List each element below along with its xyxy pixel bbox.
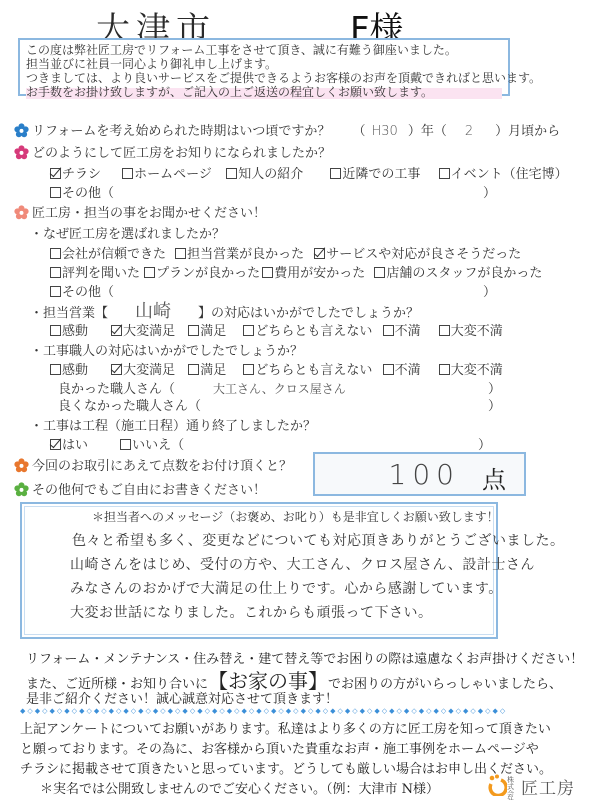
question-why-chosen: ・なぜ匠工房を選ばれましたか？ — [30, 226, 225, 243]
flower-pink-icon — [14, 145, 29, 160]
why-options-row2: 評判を聞いた プランが良かった 費用が安かった 店舗のスタッフが良かった — [50, 265, 542, 282]
message-line: 色々と希望も多く、変更などについても対応頂きありがとうございました。 — [72, 530, 564, 550]
option-plan-good[interactable]: プランが良かった — [144, 265, 258, 282]
intro-box: この度は弊社匠工房でリフォーム工事をさせて頂き、誠に有難う御座いました。 担当並… — [18, 38, 510, 96]
diamond-divider: ◆◇◆◇◆◇◆◇◆◇◆◇◆◇◆◇◆◇◆◇◆◇◆◇◆◇◆◇◆◇◆◇◆◇◆◇◆◇◆◇… — [20, 708, 506, 714]
option-trust[interactable]: 会社が信頼できた — [50, 246, 171, 263]
checkbox[interactable] — [243, 325, 254, 336]
option-referral[interactable]: 知人の紹介 — [226, 166, 326, 183]
message-line: 大変お世話になりました。これからも頑張って下さい。 — [70, 602, 433, 622]
score-box[interactable]: 100 点 — [313, 452, 526, 496]
flower-blue-icon — [14, 123, 29, 138]
message-box[interactable]: ＊担当者へのメッセージ（お褒め、お叱り）も是非宜しくお願い致します！ 色々と希望… — [20, 502, 498, 639]
rating-very-satisfied[interactable]: 大変満足 — [111, 323, 184, 340]
intro-line: お手数をお掛け致しますが、ご記入の上ご返送の程宜しくお願い致します。 — [26, 85, 502, 99]
request-note: ＊実名では公開致しませんのでご安心ください。（例：大津市 N様） — [40, 778, 439, 797]
option-yes[interactable]: はい — [50, 437, 116, 454]
checkbox[interactable] — [383, 364, 394, 375]
how-know-options: チラシ ホームページ 知人の紹介 近隣での工事 イベント（住宅博） — [50, 166, 568, 183]
section-heading: 匠工房・担当の事をお聞かせください！ — [32, 206, 266, 221]
score-value: 100 — [389, 458, 460, 491]
question-text: 今回のお取引にあえて点数をお付け頂くと？ — [32, 459, 292, 474]
message-line: みなさんのおかげで大満足の仕上りです。心から感謝しています。 — [70, 578, 503, 598]
checkbox[interactable] — [262, 267, 273, 278]
footer-line: 是非ご紹介ください！誠心誠意対応させて頂きます！ — [26, 688, 338, 707]
checkbox-checked[interactable] — [50, 439, 61, 450]
option-service-good[interactable]: サービスや対応が良さそうだった — [314, 246, 521, 263]
rating-moved[interactable]: 感動 — [50, 323, 107, 340]
rating-very-satisfied[interactable]: 大変満足 — [111, 362, 184, 379]
rating-neutral[interactable]: どちらとも言えない — [243, 323, 378, 340]
checkbox[interactable] — [383, 325, 394, 336]
checkbox[interactable] — [50, 286, 61, 297]
checkbox-checked[interactable] — [111, 325, 122, 336]
checkbox[interactable] — [50, 364, 61, 375]
rating-very-dissatisfied[interactable]: 大変不満 — [439, 362, 503, 379]
question-free-comment: その他何でもご自由にお書きください！ — [14, 482, 266, 499]
why-options-row1: 会社が信頼できた 担当営業が良かった サービスや対応が良さそうだった — [50, 246, 521, 263]
checkbox[interactable] — [120, 439, 131, 450]
request-line: 上記アンケートについてお願いがあります。私達はより多くの方に匠工房を知って頂きた… — [20, 718, 551, 737]
why-other[interactable]: その他（ — [50, 284, 114, 301]
question-text: リフォームを考え始められた時期はいつ頃ですか？ — [32, 124, 330, 139]
question-sales-rep: ・担当営業【山崎】の対応はいかがでしたでしょうか？ — [30, 303, 419, 322]
option-sales-good[interactable]: 担当営業が良かった — [175, 246, 310, 263]
month-input[interactable]: 2 — [447, 124, 495, 139]
checkbox-checked[interactable] — [50, 168, 61, 179]
checkbox[interactable] — [374, 267, 385, 278]
flower-green-icon — [14, 482, 29, 497]
flower-salmon-icon — [14, 205, 29, 220]
rating-satisfied[interactable]: 満足 — [188, 362, 239, 379]
good-craftsmen-field: 良かった職人さん（大工さん、クロス屋さん — [58, 381, 346, 398]
request-line: チラシに掲載させて頂きたいと思っています。どうしても厳しい場合はお申し出ください… — [20, 758, 552, 777]
rating-very-dissatisfied[interactable]: 大変不満 — [439, 323, 503, 340]
section-company-staff: 匠工房・担当の事をお聞かせください！ — [14, 205, 266, 222]
question-schedule: ・工事は工程（施工日程）通り終了しましたか？ — [30, 418, 316, 435]
intro-line: 担当並びに社員一同心より御礼申し上げます。 — [26, 57, 502, 71]
checkbox[interactable] — [188, 364, 199, 375]
flower-orange-icon — [14, 458, 29, 473]
rating-neutral[interactable]: どちらとも言えない — [243, 362, 378, 379]
bad-craftsmen-field: 良くなかった職人さん（ — [58, 398, 201, 415]
good-craftsmen-input[interactable]: 大工さん、クロス屋さん — [213, 382, 346, 396]
checkbox[interactable] — [122, 168, 133, 179]
rating-dissatisfied[interactable]: 不満 — [383, 323, 435, 340]
question-text: その他何でもご自由にお書きください！ — [32, 483, 266, 498]
checkbox[interactable] — [226, 168, 237, 179]
checkbox[interactable] — [50, 267, 61, 278]
checkbox[interactable] — [50, 248, 61, 259]
score-unit: 点 — [482, 460, 506, 495]
rating-moved[interactable]: 感動 — [50, 362, 107, 379]
checkbox[interactable] — [50, 187, 61, 198]
question-how-know: どのようにして匠工房をお知りになられましたか？ — [14, 145, 331, 162]
rating-dissatisfied[interactable]: 不満 — [383, 362, 435, 379]
question-start-time: リフォームを考え始められた時期はいつ頃ですか？ （H30）年（2）月頃から — [14, 123, 560, 140]
checkbox-checked[interactable] — [314, 248, 325, 259]
checkbox[interactable] — [144, 267, 155, 278]
company-logo: 株式会社 匠工房 — [487, 772, 587, 798]
request-line: と願っております。その為に、お客様から頂いた貴重なお声・施工事例をホームページや — [20, 738, 539, 757]
intro-line: つきましては、より良いサービスをご提供できるようお客様のお声を頂戴できればと思い… — [26, 71, 502, 85]
message-line: 山崎さんをはじめ、受付の方や、大工さん、クロス屋さん、設計士さん — [70, 554, 535, 574]
checkbox[interactable] — [330, 168, 341, 179]
checkbox[interactable] — [439, 364, 450, 375]
option-cheap[interactable]: 費用が安かった — [262, 265, 370, 282]
sales-rating-options: 感動 大変満足 満足 どちらとも言えない 不満 大変不満 — [50, 323, 503, 340]
logo-kabushiki: 株式会社 — [507, 777, 519, 800]
question-craftsmen: ・工事職人の対応はいかがでしたでしょうか？ — [30, 343, 303, 360]
question-score: 今回のお取引にあえて点数をお付け頂くと？ — [14, 458, 292, 475]
rating-satisfied[interactable]: 満足 — [188, 323, 239, 340]
checkbox-checked[interactable] — [111, 364, 122, 375]
question-text: どのようにして匠工房をお知りになられましたか？ — [32, 146, 331, 161]
option-reputation[interactable]: 評判を聞いた — [50, 265, 140, 282]
checkbox[interactable] — [439, 168, 450, 179]
checkbox[interactable] — [50, 325, 61, 336]
craftsmen-rating-options: 感動 大変満足 満足 どちらとも言えない 不満 大変不満 — [50, 362, 503, 379]
year-input[interactable]: H30 — [366, 124, 408, 139]
checkbox[interactable] — [175, 248, 186, 259]
option-nearby-work[interactable]: 近隣での工事 — [330, 166, 434, 183]
option-homepage[interactable]: ホームページ — [122, 166, 222, 183]
logo-mark-icon — [487, 774, 507, 796]
option-event[interactable]: イベント（住宅博） — [439, 166, 568, 183]
option-store-staff[interactable]: 店舗のスタッフが良かった — [374, 265, 542, 282]
message-hint: ＊担当者へのメッセージ（お褒め、お叱り）も是非宜しくお願い致します！ — [92, 508, 499, 525]
intro-line: この度は弊社匠工房でリフォーム工事をさせて頂き、誠に有難う御座いました。 — [26, 43, 502, 57]
option-flyer[interactable]: チラシ — [50, 166, 118, 183]
sales-rep-name-input[interactable]: 山崎 — [108, 303, 198, 320]
checkbox[interactable] — [439, 325, 450, 336]
option-no[interactable]: いいえ（ — [120, 437, 184, 454]
checkbox[interactable] — [188, 325, 199, 336]
how-know-other[interactable]: その他（ — [50, 185, 114, 202]
schedule-options: はい いいえ（ — [50, 437, 184, 454]
checkbox[interactable] — [243, 364, 254, 375]
logo-name: 匠工房 — [521, 774, 575, 799]
